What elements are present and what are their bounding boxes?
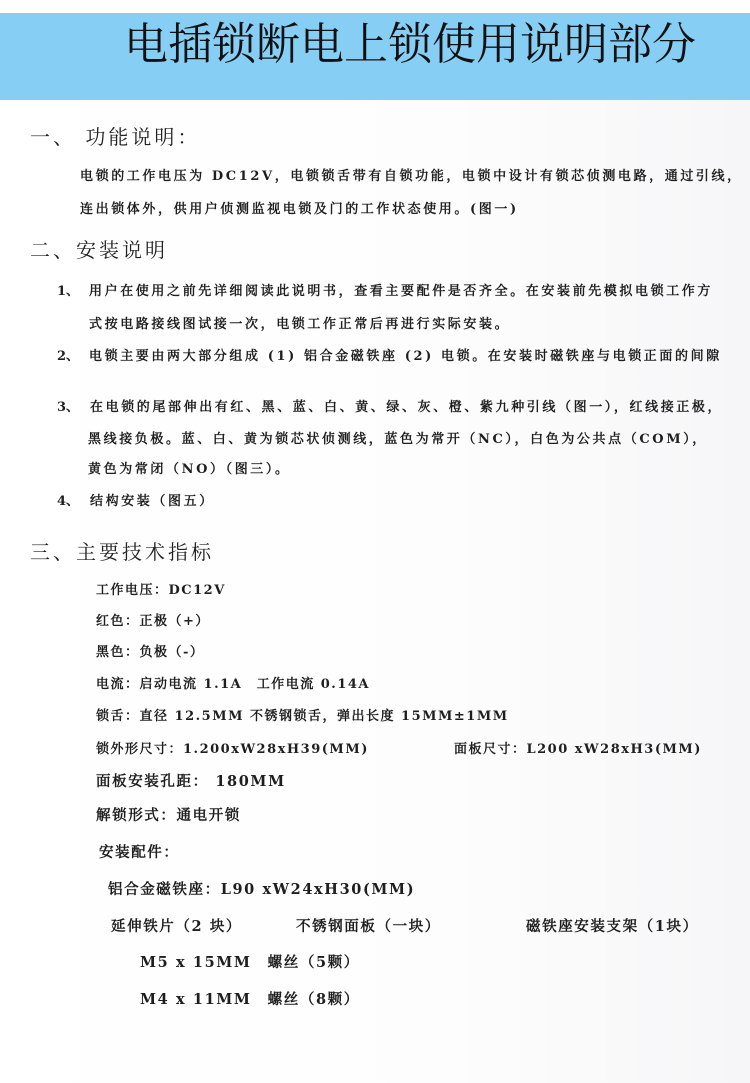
spec-unlock-mode: 解锁形式：通电开锁 [96, 806, 241, 826]
accessory-bracket: 磁铁座安装支架（1块） [526, 917, 699, 937]
accessory-steel-panel: 不锈钢面板（一块） [296, 917, 441, 937]
install-item-4-line-1: 结构安装（图五） [90, 493, 215, 511]
spec-lock-size: 锁外形尺寸：1.200xW28xH39(MM) [96, 741, 369, 759]
spec-current: 电流：启动电流 1.1A 工作电流 0.14A [96, 676, 370, 694]
spec-panel-size: 面板尺寸：L200 xW28xH3(MM) [454, 741, 702, 759]
spec-bolt: 锁舌：直径 12.5MM 不锈钢锁舌，弹出长度 15MM±1MM [96, 708, 509, 726]
install-item-3-line-2: 黑线接负极。蓝、白、黄为锁芯状侦测线，蓝色为常开（NC），白色为公共点（COM）… [88, 431, 708, 449]
install-item-number-1: 1、 [57, 283, 79, 301]
section-heading-install: 二、安装说明 [30, 238, 168, 262]
spec-voltage: 工作电压：DC12V [96, 582, 226, 600]
accessory-magnet-base: 铝合金磁铁座：L90 xW24xH30(MM) [108, 880, 415, 900]
spec-accessories-label: 安装配件： [99, 843, 180, 863]
spec-hole-distance: 面板安装孔距： 180MM [96, 772, 286, 792]
function-text-line-2: 连出锁体外，供用户侦测监视电锁及门的工作状态使用。(图一) [80, 201, 519, 219]
install-item-number-4: 4、 [57, 493, 79, 511]
spec-red-wire: 红色：正极（+） [96, 613, 210, 631]
function-text-line-1: 电锁的工作电压为 DC12V，电锁锁舌带有自锁功能，电锁中设计有锁芯侦测电路，通… [80, 168, 743, 186]
accessory-screw-m4: M4 x 11MM 螺丝（8颗） [140, 990, 360, 1010]
install-item-1-line-1: 用户在使用之前先详细阅读此说明书，查看主要配件是否齐全。在安装前先模拟电锁工作方 [89, 283, 713, 301]
install-item-number-2: 2、 [57, 348, 79, 366]
accessory-screw-m5: M5 x 15MM 螺丝（5颗） [140, 953, 360, 973]
section-heading-function: 一、 功能说明： [30, 125, 200, 149]
install-item-1-line-2: 式按电路接线图试接一次，电锁工作正常后再进行实际安装。 [89, 316, 510, 334]
install-item-number-3: 3、 [57, 399, 79, 417]
install-item-3-line-3: 黄色为常闭（NO）（图三）。 [88, 461, 291, 479]
section-heading-specs: 三、主要技术指标 [30, 540, 214, 564]
install-item-2-line-1: 电锁主要由两大部分组成 (1) 铝合金磁铁座 (2) 电锁。在安装时磁铁座与电锁… [89, 348, 722, 366]
install-item-3-line-1: 在电锁的尾部伸出有红、黑、蓝、白、黄、绿、灰、橙、紫九种引线（图一），红线接正极… [90, 399, 723, 417]
page-title: 电插锁断电上锁使用说明部分 [124, 22, 696, 68]
accessory-extension-plate: 延伸铁片（2 块） [111, 917, 242, 937]
spec-black-wire: 黑色：负极（-） [96, 644, 204, 662]
